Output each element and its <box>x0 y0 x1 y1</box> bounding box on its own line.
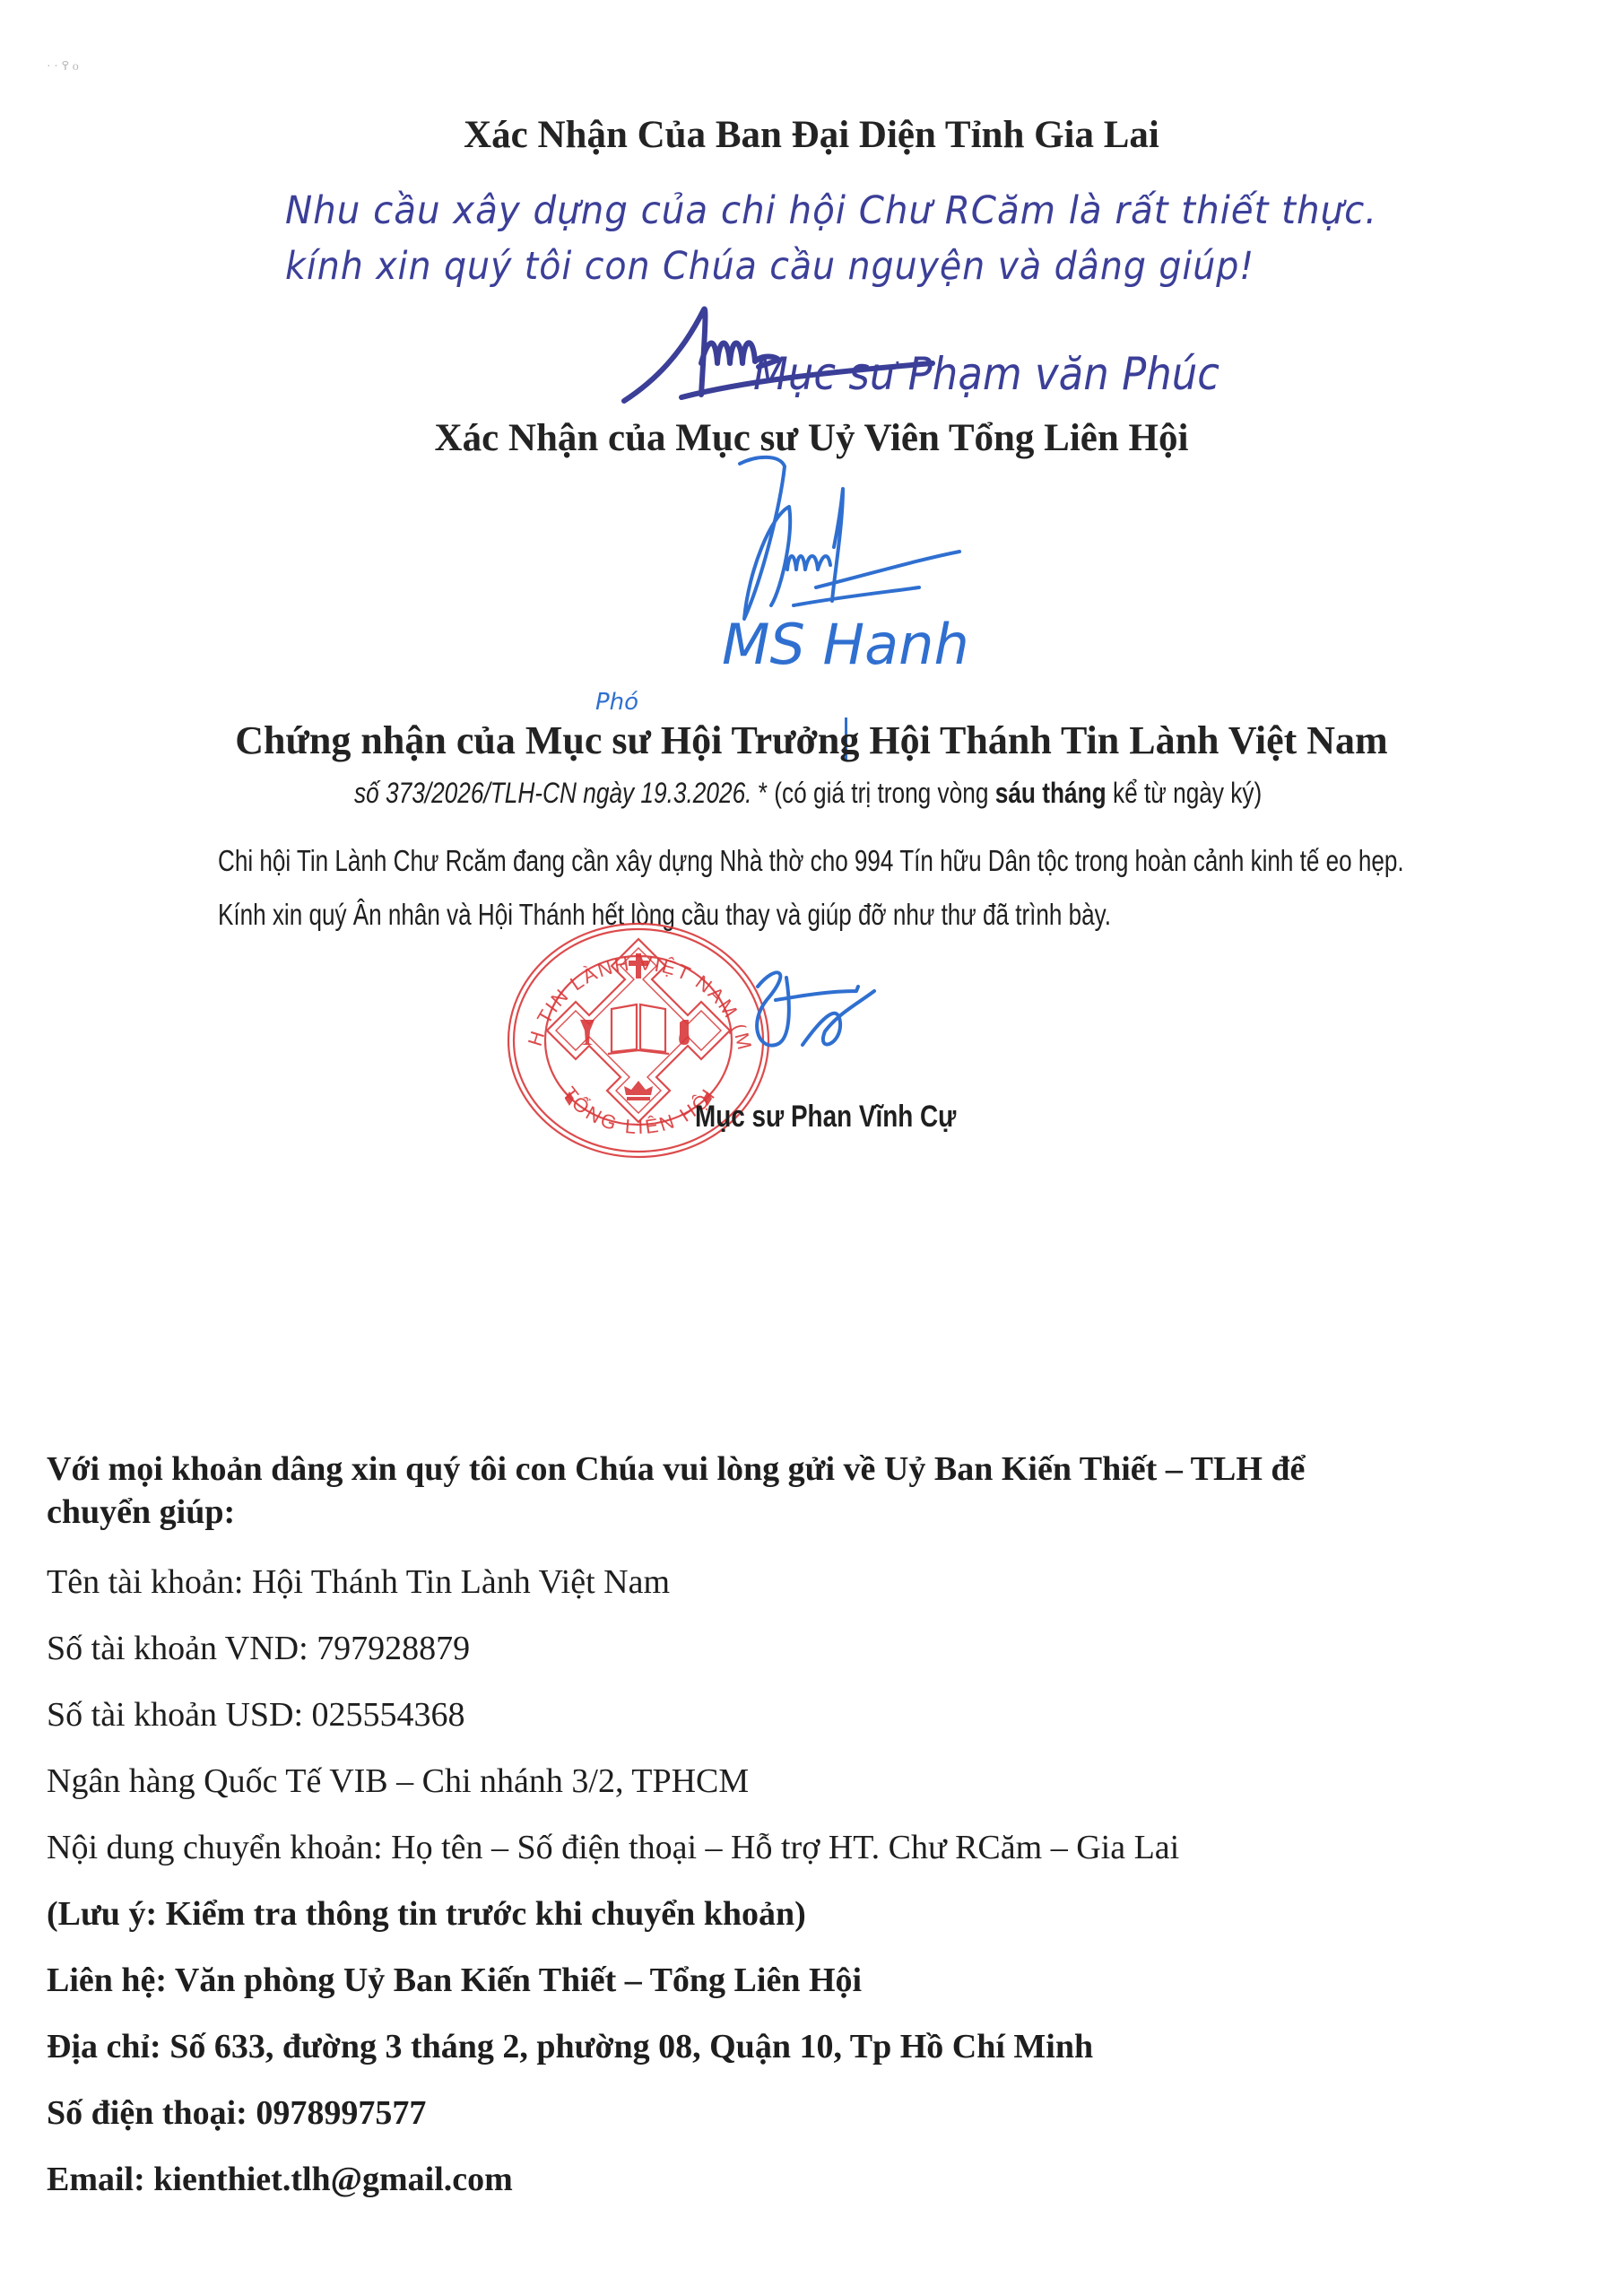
scan-marks: · · ߉ o <box>47 59 95 74</box>
signature-hanh <box>708 453 977 632</box>
signer-name-phuc: Mục sư Phạm văn Phúc <box>753 348 1219 400</box>
signature-cu <box>740 960 901 1067</box>
transfer-note: (Lưu ý: Kiểm tra thông tin trước khi chu… <box>47 1894 806 1934</box>
contact-phone: Số điện thoại: 0978997577 <box>47 2093 426 2133</box>
validity-prefix: * (có giá trị trong vòng <box>759 777 995 809</box>
signer-name-hanh: MS Hanh <box>722 612 969 677</box>
handwritten-note-line-2: kính xin quý tôi con Chúa cầu nguyện và … <box>285 244 1254 289</box>
certificate-number: số 373/2026/TLH-CN ngày 19.3.2026. <box>354 777 751 809</box>
contact-office: Liên hệ: Văn phòng Uỷ Ban Kiến Thiết – T… <box>47 1961 862 2000</box>
validity-suffix: kể từ ngày ký) <box>1107 777 1263 809</box>
transfer-content: Nội dung chuyển khoản: Họ tên – Số điện … <box>47 1828 1179 1867</box>
title-gia-lai-confirmation: Xác Nhận Của Ban Đại Diện Tỉnh Gia Lai <box>0 113 1623 157</box>
account-number-usd: Số tài khoản USD: 025554368 <box>47 1695 465 1735</box>
handwritten-insert-pho: Phó <box>595 689 638 716</box>
account-number-vnd: Số tài khoản VND: 797928879 <box>47 1629 470 1668</box>
contact-address: Địa chỉ: Số 633, đường 3 tháng 2, phường… <box>47 2027 1093 2066</box>
signer-name-phan-vinh-cu: Mục sư Phan Vĩnh Cự <box>695 1100 956 1135</box>
body-text-line-1: Chi hội Tin Lành Chư Rcăm đang cần xây d… <box>218 844 1404 878</box>
validity-duration: sáu tháng <box>995 777 1107 809</box>
title-hoi-truong-certification: Chứng nhận của Mục sư Hội Trưởng Hội Thá… <box>0 717 1623 763</box>
bank-name: Ngân hàng Quốc Tế VIB – Chi nhánh 3/2, T… <box>47 1761 749 1801</box>
account-name: Tên tài khoản: Hội Thánh Tin Lành Việt N… <box>47 1562 670 1602</box>
handwritten-note-line-1: Nhu cầu xây dựng của chi hội Chư RCăm là… <box>285 188 1377 233</box>
donation-intro-line-1: Với mọi khoản dâng xin quý tôi con Chúa … <box>47 1449 1305 1489</box>
donation-intro-line-2: chuyển giúp: <box>47 1492 235 1532</box>
certificate-number-line: số 373/2026/TLH-CN ngày 19.3.2026. * (có… <box>354 777 1262 810</box>
contact-email[interactable]: Email: kienthiet.tlh@gmail.com <box>47 2160 513 2199</box>
